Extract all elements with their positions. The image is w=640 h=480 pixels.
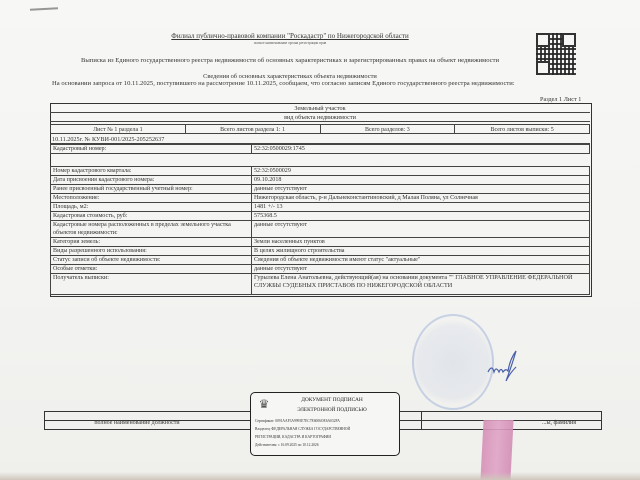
sheet-number: Лист № 1 раздела 1: [51, 125, 186, 133]
detail-label: Кадастровая стоимость, руб:: [51, 212, 252, 221]
detail-label: Статус записи об объекте недвижимости:: [51, 256, 252, 265]
sheets-row: Лист № 1 раздела 1 Всего листов раздела …: [50, 124, 590, 134]
table-row: Виды разрешенного использования:В целях …: [51, 247, 590, 256]
detail-value: данные отсутствуют: [252, 185, 590, 194]
detail-label: Получатель выписки:: [51, 274, 252, 295]
total-sheets-section: Всего листов раздела 1: 1: [186, 125, 321, 133]
table-surface-shadow: [0, 472, 640, 480]
detail-value: данные отсутствуют: [252, 265, 590, 274]
basis-text: На основании запроса от 10.11.2025, пост…: [52, 80, 622, 87]
detail-value: В целях жилищного строительства: [252, 247, 590, 256]
detail-value: 1481 +/- 13: [252, 203, 590, 212]
document-page: Филиал публично-правовой компании "Роска…: [0, 0, 640, 480]
esign-validity: Действителен: с 16.09.2025 по 10.12.2026: [255, 443, 319, 447]
table-row: Особые отметки:данные отсутствуют: [51, 265, 590, 274]
detail-value: Сведения об объекте недвижимости имеют с…: [252, 256, 590, 265]
esign-owner-2: РЕГИСТРАЦИИ, КАДАСТРА И КАРТОГРАФИИ: [255, 435, 331, 439]
table-row: Кадастровая стоимость, руб:575368.5: [51, 212, 590, 221]
object-type: Земельный участок: [50, 104, 590, 113]
detail-label: Ранее присвоенный государственный учетны…: [51, 185, 252, 194]
table-row: Дата присвоения кадастрового номера:09.1…: [51, 176, 590, 185]
table-row: Статус записи об объекте недвижимости:Св…: [51, 256, 590, 265]
detail-label: Местоположение:: [51, 194, 252, 203]
esign-title-2: ЭЛЕКТРОННОЙ ПОДПИСЬЮ: [251, 407, 399, 413]
esign-certificate: Сертификат: 0091AAF3A9995E7EC7E6006OE6A0…: [255, 419, 340, 423]
detail-label: Дата присвоения кадастрового номера:: [51, 176, 252, 185]
total-sections: Всего разделов: 3: [321, 125, 456, 133]
cadastral-number-table: Кадастровый номер: 52:32:0500029:1745: [50, 144, 590, 154]
table-row: Кадастровые номера расположенных в преде…: [51, 221, 590, 238]
detail-label: Виды разрешенного использования:: [51, 247, 252, 256]
handwritten-signature-icon: [486, 348, 526, 388]
paper-edge-mark: [30, 7, 58, 10]
section-sheet-label: Раздел 1 Лист 1: [540, 96, 581, 103]
extract-title: Выписка из Единого государственного реес…: [40, 57, 540, 64]
table-row: Получатель выписки:Гурылева Елена Анатол…: [51, 274, 590, 295]
document-number: 10.11.2025г. № КУВИ-001/2025-205252637: [50, 135, 590, 144]
detail-label: Номер кадастрового квартала:: [51, 167, 252, 176]
detail-value: данные отсутствуют: [252, 221, 590, 238]
cadastral-number-value: 52:32:0500029:1745: [252, 145, 590, 154]
branch-title: Филиал публично-правовой компании "Роска…: [150, 32, 430, 40]
detail-value: 09.10.2018: [252, 176, 590, 185]
detail-value: 575368.5: [252, 212, 590, 221]
detail-label: Категория земель:: [51, 238, 252, 247]
total-sheets-extract: Всего листов выписки: 5: [455, 125, 589, 133]
detail-label: Площадь, м2:: [51, 203, 252, 212]
detail-label: Особые отметки:: [51, 265, 252, 274]
detail-value: Нижегородская область, р-н Дальнеконстан…: [252, 194, 590, 203]
position-caption: полное наименование должности: [44, 420, 230, 426]
detail-value: 52:32:0500029: [252, 167, 590, 176]
detail-value: Земли населенных пунктов: [252, 238, 590, 247]
table-row: Кадастровый номер: 52:32:0500029:1745: [51, 145, 590, 154]
qr-code-icon: [536, 33, 576, 75]
qr-finder-pattern: [562, 33, 576, 47]
esign-owner-1: Владелец: ФЕДЕРАЛЬНАЯ СЛУЖБА ГОСУДАРСТВЕ…: [255, 427, 350, 431]
recipient-value: Гурылева Елена Анатольевна, действующий(…: [252, 274, 590, 295]
pink-paper-tab: [480, 420, 513, 480]
branch-subtitle: полное наименование органа регистрации п…: [150, 41, 430, 45]
table-row: Номер кадастрового квартала:52:32:050002…: [51, 167, 590, 176]
section-title: Сведения об основных характеристиках объ…: [150, 73, 430, 80]
table-row: Местоположение:Нижегородская область, р-…: [51, 194, 590, 203]
esign-title-1: ДОКУМЕНТ ПОДПИСАН: [251, 397, 399, 403]
cadastral-number-label: Кадастровый номер:: [51, 145, 252, 154]
detail-label: Кадастровые номера расположенных в преде…: [51, 221, 252, 238]
table-row: Площадь, м2:1481 +/- 13: [51, 203, 590, 212]
object-type-caption: вид объекта недвижимости: [50, 113, 590, 122]
table-row: Ранее присвоенный государственный учетны…: [51, 185, 590, 194]
table-row: Категория земель:Земли населенных пункто…: [51, 238, 590, 247]
official-stamp-icon: [412, 314, 494, 410]
details-table: Номер кадастрового квартала:52:32:050002…: [50, 166, 590, 295]
electronic-signature-stamp: ♛ ДОКУМЕНТ ПОДПИСАН ЭЛЕКТРОННОЙ ПОДПИСЬЮ…: [250, 392, 400, 456]
